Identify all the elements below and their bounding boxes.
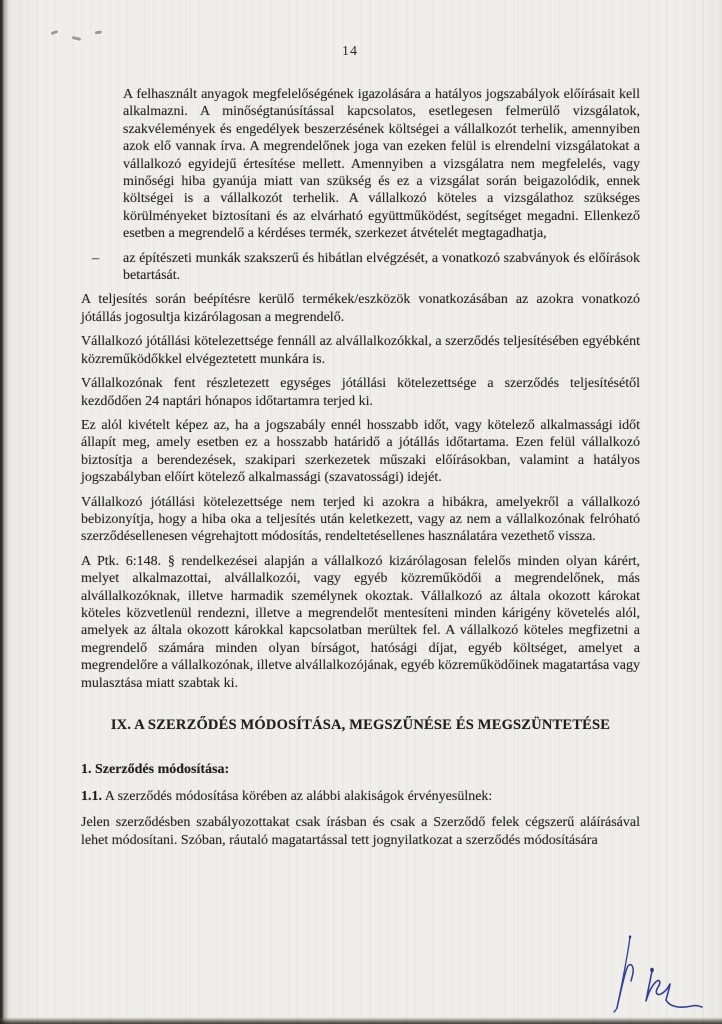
- paragraph: Vállalkozó jótállási kötelezettsége nem …: [81, 494, 640, 546]
- paragraph: Ez alól kivételt képez az, ha a jogszabá…: [81, 417, 640, 487]
- dash-marker: –: [92, 250, 99, 267]
- staple-mark: [72, 36, 81, 41]
- paragraph: A felhasznált anyagok megfelelőségének i…: [123, 86, 640, 243]
- paragraph: A Ptk. 6:148. § rendelkezései alapján a …: [81, 553, 640, 692]
- paragraph: Vállalkozónak fent részletezett egységes…: [81, 375, 640, 410]
- clause-text: A szerződés módosítása körében az alábbi…: [105, 789, 493, 804]
- subsection-heading: 1. Szerződés módosítása:: [81, 761, 640, 778]
- staple-mark: [51, 30, 59, 35]
- document-body: A felhasznált anyagok megfelelőségének i…: [81, 86, 640, 849]
- paragraph: A teljesítés során beépítésre kerülő ter…: [81, 291, 640, 326]
- list-item: – az építészeti munkák szakszerű és hibá…: [81, 250, 640, 285]
- scan-edge-left: [0, 0, 9, 1024]
- handwritten-initials-icon: [598, 928, 708, 1020]
- page-number: 14: [0, 44, 711, 60]
- staple-mark: [95, 31, 102, 35]
- section-heading: IX. A SZERZŐDÉS MÓDOSÍTÁSA, MEGSZŰNÉSE É…: [81, 717, 640, 734]
- clause-number: 1.1.: [81, 789, 102, 804]
- numbered-clause: 1.1. A szerződés módosítása körében az a…: [81, 788, 640, 805]
- list-item-text: az építészeti munkák szakszerű és hibátl…: [123, 250, 640, 285]
- handwritten-signature: [598, 928, 708, 1020]
- paragraph: Vállalkozó jótállási kötelezettsége fenn…: [81, 333, 640, 368]
- scanned-contract-page: 14 A felhasznált anyagok megfelelőségéne…: [0, 0, 722, 1024]
- paragraph: Jelen szerződésben szabályozottakat csak…: [81, 814, 640, 849]
